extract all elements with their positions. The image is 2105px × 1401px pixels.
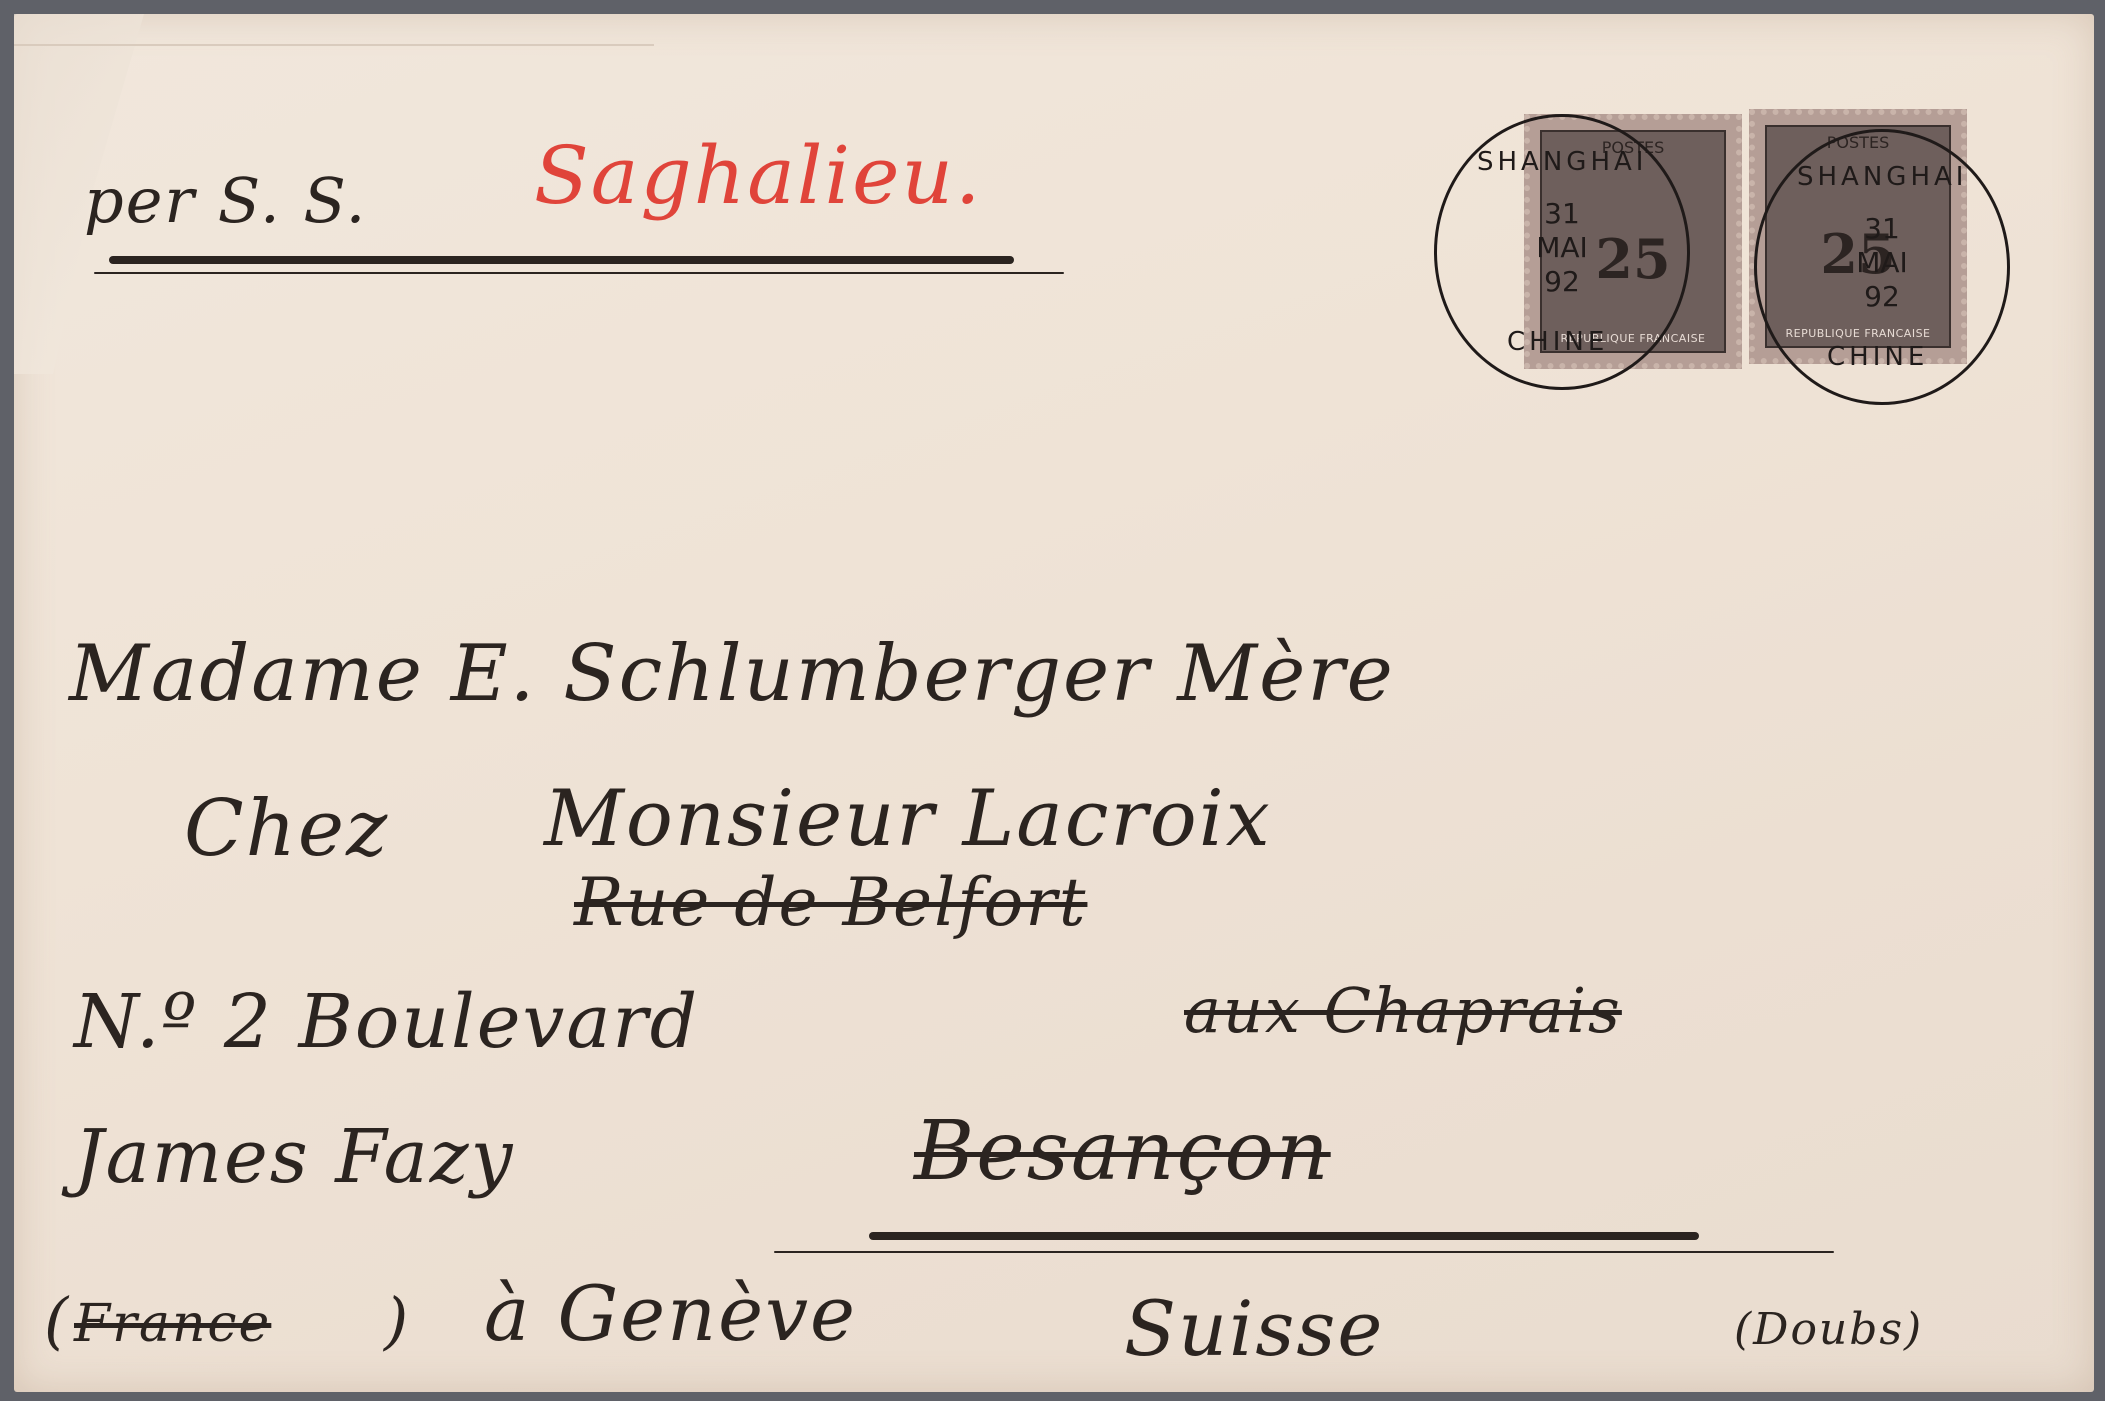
postmark: SHANGHAI 31 MAI 92 CHINE — [1754, 129, 2010, 405]
postmark-day: 31 — [1757, 212, 2007, 246]
postmark: SHANGHAI 31 MAI 92 CHINE — [1434, 114, 1690, 390]
address-chez: Chez — [184, 784, 389, 874]
address-paren-open: ( — [44, 1284, 70, 1357]
city-underline — [869, 1232, 1699, 1240]
postmark-year: 92 — [1437, 265, 1687, 299]
postmark-month: MAI — [1757, 246, 2007, 280]
postmark-country: CHINE — [1507, 327, 1608, 357]
address-struck-city: Besançon — [914, 1104, 1331, 1199]
postmark-month: MAI — [1437, 231, 1687, 265]
city-underline-thin — [774, 1251, 1834, 1253]
ship-name: Saghalieu. — [534, 129, 982, 222]
torn-edge — [14, 14, 654, 46]
address-new-city: à Genève — [484, 1269, 857, 1358]
envelope: per S. S. Saghalieu. POSTES 25 REPUBLIQU… — [14, 14, 2094, 1392]
routing-underline — [109, 256, 1014, 264]
routing-prefix: per S. S. — [84, 164, 367, 237]
address-struck-country: France — [74, 1294, 271, 1354]
postmark-city: SHANGHAI — [1797, 162, 1967, 192]
address-new-country: Suisse — [1124, 1284, 1384, 1373]
postmark-country: CHINE — [1827, 342, 1928, 372]
address-line-1: Madame E. Schlumberger Mère — [69, 629, 1395, 719]
address-new-street-2: James Fazy — [74, 1114, 514, 1200]
address-new-street: N.º 2 Boulevard — [74, 979, 699, 1065]
postmark-day: 31 — [1437, 197, 1687, 231]
postmark-city: SHANGHAI — [1477, 147, 1647, 177]
address-paren-close: ) — [384, 1284, 410, 1357]
routing-underline-thin — [94, 272, 1064, 274]
address-struck-district: aux Chaprais — [1184, 974, 1622, 1047]
postmark-year: 92 — [1757, 280, 2007, 314]
address-struck-street: Rue de Belfort — [574, 864, 1087, 941]
address-department: (Doubs) — [1734, 1304, 1923, 1355]
address-recipient-host: Monsieur Lacroix — [544, 774, 1272, 864]
